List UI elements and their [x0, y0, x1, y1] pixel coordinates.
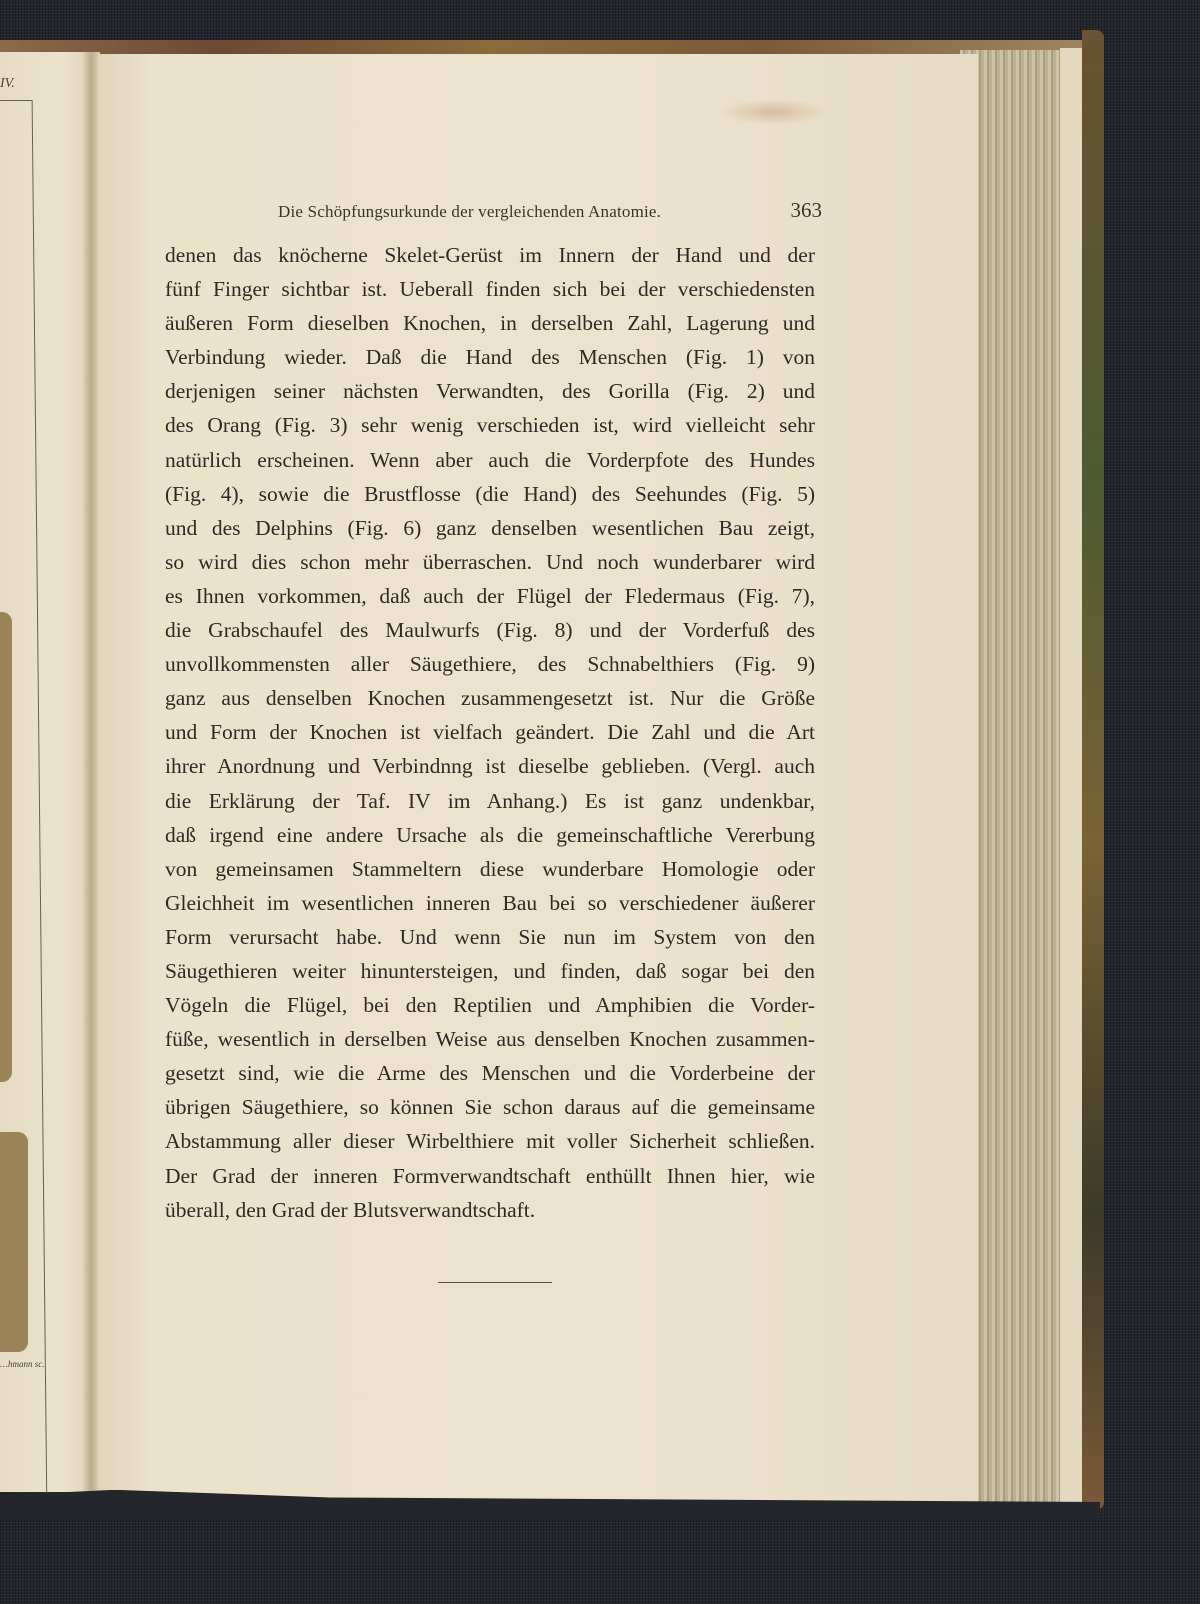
- text-line: Der Grad der inneren Formverwandtschaft …: [165, 1159, 815, 1193]
- text-line: Form verursacht habe. Und wenn Sie nun i…: [165, 920, 815, 954]
- plate-illustration-bone: [0, 1132, 28, 1352]
- section-end-rule: [438, 1282, 552, 1283]
- text-line: überall, den Grad der Blutsverwandtschaf…: [165, 1193, 815, 1227]
- page-number: 363: [791, 198, 823, 223]
- text-line: die Erklärung der Taf. IV im Anhang.) Es…: [165, 784, 815, 818]
- text-line: daß irgend eine andere Ursache als die g…: [165, 818, 815, 852]
- text-line: natürlich erscheinen. Wenn aber auch die…: [165, 443, 815, 477]
- text-line: Vögeln die Flügel, bei den Reptilien und…: [165, 988, 815, 1022]
- text-line: übrigen Säugethiere, so können Sie schon…: [165, 1090, 815, 1124]
- plate-illustration-bone: [0, 612, 12, 1082]
- text-line: ihrer Anordnung und Verbindnng ist diese…: [165, 749, 815, 783]
- text-line: Verbindung wieder. Daß die Hand des Mens…: [165, 340, 815, 374]
- engraver-credit: …hmann sc.: [0, 1359, 45, 1369]
- text-line: gesetzt sind, wie die Arme des Menschen …: [165, 1056, 815, 1090]
- book-cover-side-edge: [1082, 30, 1104, 1510]
- text-line: denen das knöcherne Skelet-Gerüst im Inn…: [165, 238, 815, 272]
- running-head-title: Die Schöpfungsurkunde der vergleichenden…: [278, 202, 661, 222]
- body-text: denen das knöcherne Skelet-Gerüst im Inn…: [165, 238, 815, 1227]
- text-line: Säugethieren weiter hinuntersteigen, und…: [165, 954, 815, 988]
- text-line: so wird dies schon mehr überraschen. Und…: [165, 545, 815, 579]
- text-line: ganz aus denselben Knochen zusammengeset…: [165, 681, 815, 715]
- text-line: äußeren Form dieselben Knochen, in derse…: [165, 306, 815, 340]
- running-head: Die Schöpfungsurkunde der vergleichenden…: [98, 198, 818, 228]
- text-line: Abstammung aller dieser Wirbelthiere mit…: [165, 1124, 815, 1158]
- text-line: füße, wesentlich in derselben Weise aus …: [165, 1022, 815, 1056]
- text-line: derjenigen seiner nächsten Verwandten, d…: [165, 374, 815, 408]
- plate-label: IV.: [0, 76, 15, 92]
- text-line: (Fig. 4), sowie die Brustflosse (die Han…: [165, 477, 815, 511]
- text-line: Gleichheit im wesentlichen inneren Bau b…: [165, 886, 815, 920]
- text-line: von gemeinsamen Stammeltern diese wunder…: [165, 852, 815, 886]
- text-line: fünf Finger sichtbar ist. Ueberall finde…: [165, 272, 815, 306]
- foxing-stain: [718, 99, 828, 125]
- text-line: die Grabschaufel des Maulwurfs (Fig. 8) …: [165, 613, 815, 647]
- text-line: und des Delphins (Fig. 6) ganz denselben…: [165, 511, 815, 545]
- text-line: des Orang (Fig. 3) sehr wenig verschiede…: [165, 408, 815, 442]
- text-line: unvollkommensten aller Säugethiere, des …: [165, 647, 815, 681]
- text-line: es Ihnen vorkommen, daß auch der Flügel …: [165, 579, 815, 613]
- text-line: und Form der Knochen ist vielfach geände…: [165, 715, 815, 749]
